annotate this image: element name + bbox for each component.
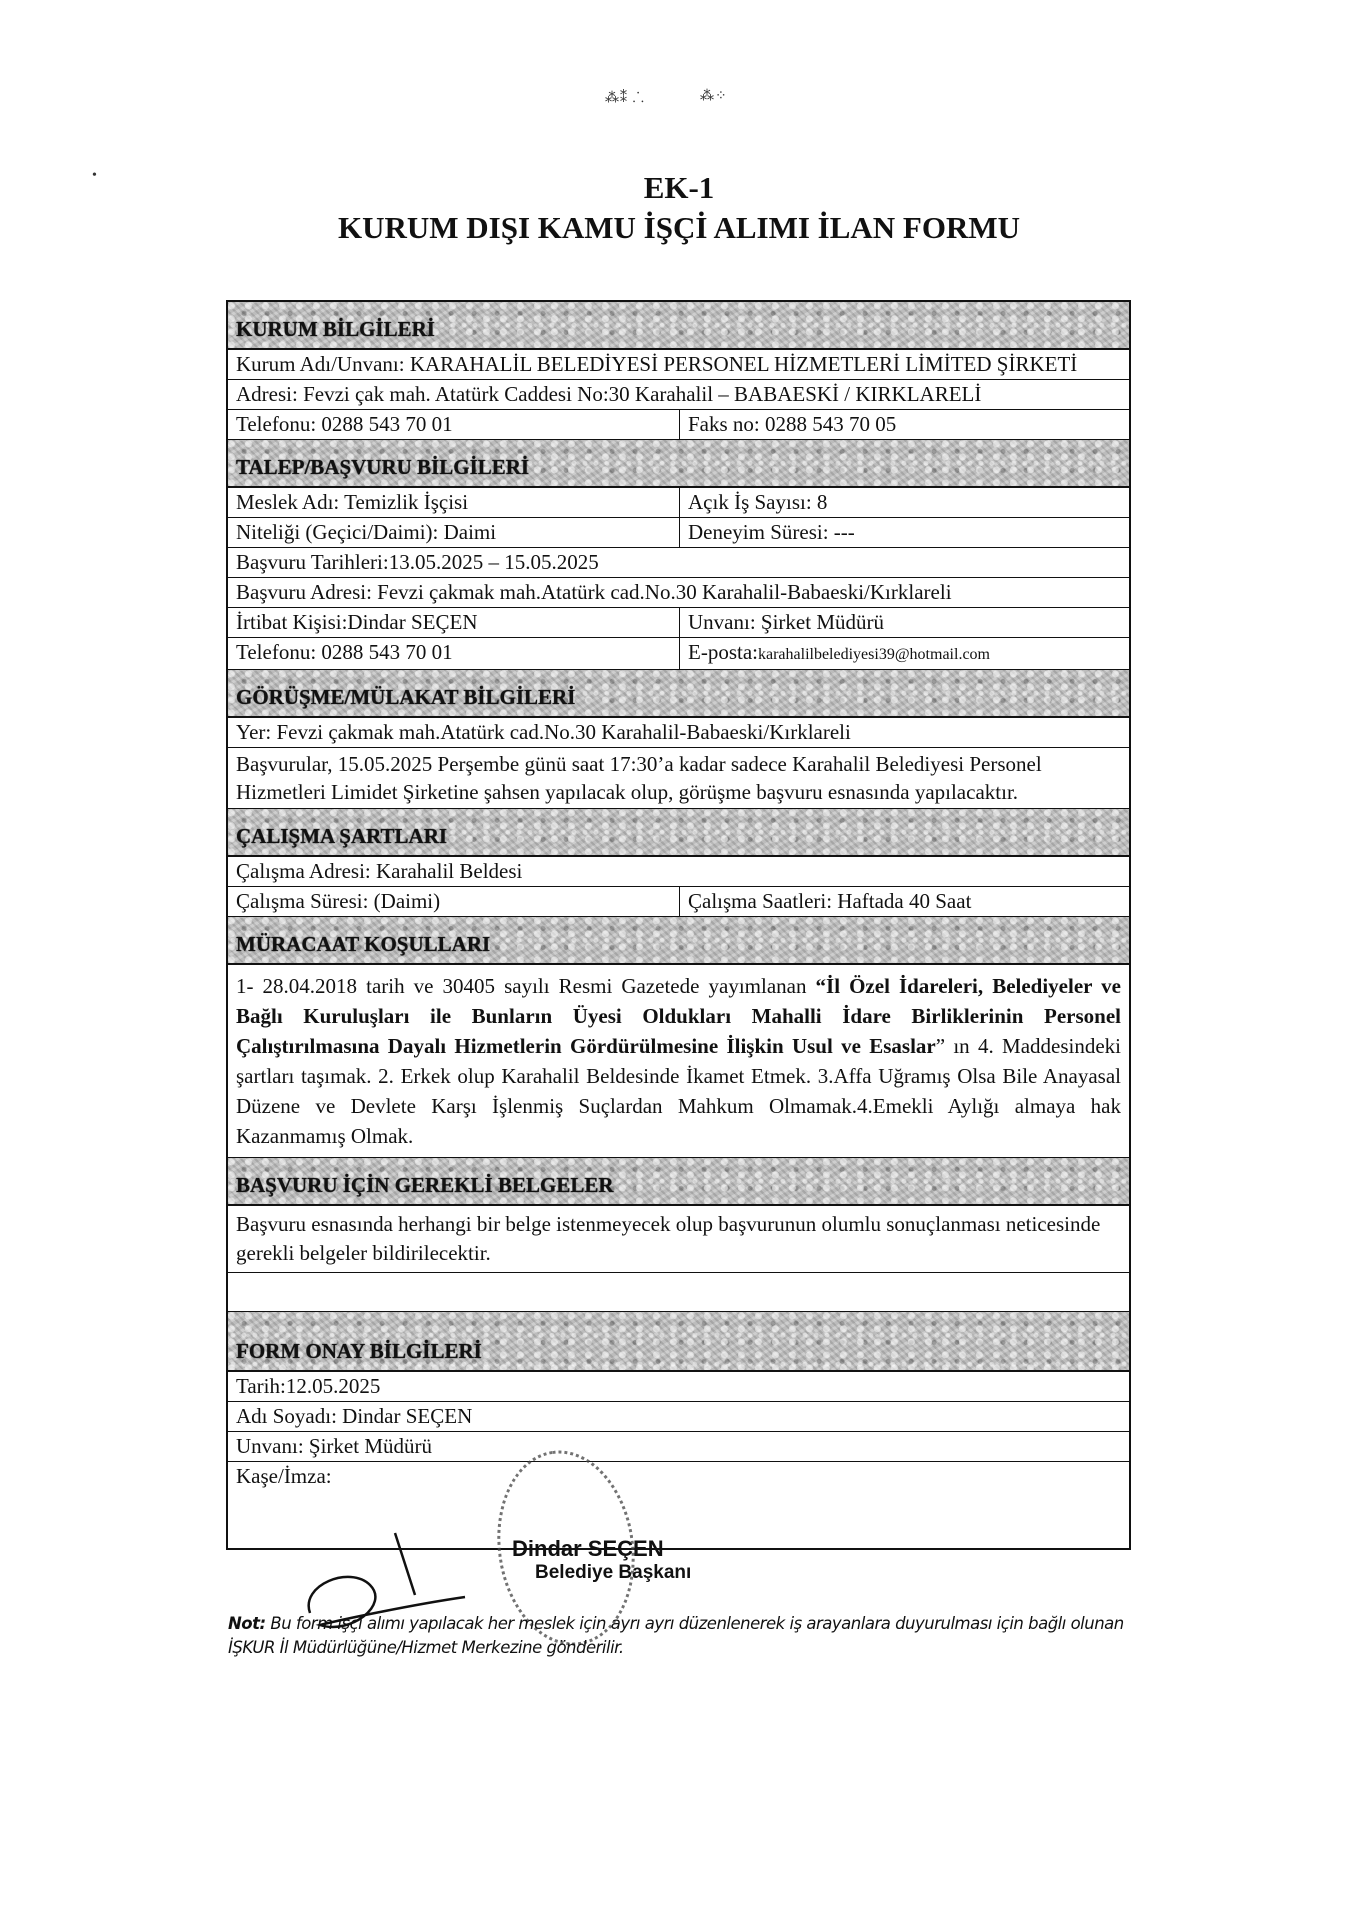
section-title: KURUM BİLGİLERİ (236, 317, 435, 342)
footnote-label: Not: (228, 1614, 266, 1633)
row-meslek: Meslek Adı: Temizlik İşçisi Açık İş Sayı… (228, 488, 1129, 518)
row-iletisim: Telefonu: 0288 543 70 01 E-posta:karahal… (228, 638, 1129, 670)
footnote: Not: Bu form işçi alımı yapılacak her me… (228, 1612, 1133, 1660)
employment-type-field: Niteliği (Geçici/Daimi): Daimi (228, 518, 680, 547)
open-positions-field: Açık İş Sayısı: 8 (680, 488, 1129, 517)
row-onay-tarih: Tarih:12.05.2025 (228, 1372, 1129, 1402)
section-header-gorusme: GÖRÜŞME/MÜLAKAT BİLGİLERİ (228, 670, 1129, 718)
contact-person-field: İrtibat Kişisi:Dindar SEÇEN (228, 608, 680, 637)
row-onay-unvan: Unvanı: Şirket Müdürü (228, 1432, 1129, 1462)
row-kurum-adres: Adresi: Fevzi çak mah. Atatürk Caddesi N… (228, 380, 1129, 410)
interview-location-field: Yer: Fevzi çakmak mah.Atatürk cad.No.30 … (228, 718, 1129, 747)
row-kurum-adi: Kurum Adı/Unvanı: KARAHALİL BELEDİYESİ P… (228, 350, 1129, 380)
approver-title-field: Unvanı: Şirket Müdürü (228, 1432, 1129, 1461)
section-header-muracaat: MÜRACAAT KOŞULLARI (228, 917, 1129, 965)
section-header-talep: TALEP/BAŞVURU BİLGİLERİ (228, 440, 1129, 488)
document-title: KURUM DIŞI KAMU İŞÇİ ALIMI İLAN FORMU (0, 210, 1358, 246)
interview-description: Başvurular, 15.05.2025 Perşembe günü saa… (228, 748, 1129, 808)
conditions-text-start: 1- 28.04.2018 tarih ve 30405 sayılı Resm… (236, 974, 816, 998)
experience-field: Deneyim Süresi: --- (680, 518, 1129, 547)
empty-cell (228, 1273, 1129, 1311)
application-address-field: Başvuru Adresi: Fevzi çakmak mah.Atatürk… (228, 578, 1129, 607)
email-label: E-posta: (688, 640, 758, 664)
section-title: MÜRACAAT KOŞULLARI (236, 932, 490, 957)
work-hours-field: Çalışma Saatleri: Haftada 40 Saat (680, 887, 1129, 916)
email-address: karahalilbelediyesi39@hotmail.com (758, 646, 990, 663)
announcement-form-table: KURUM BİLGİLERİ Kurum Adı/Unvanı: KARAHA… (226, 300, 1131, 1550)
kurum-address-field: Adresi: Fevzi çak mah. Atatürk Caddesi N… (228, 380, 1129, 409)
stamp-title: Belediye Başkanı (535, 1562, 691, 1584)
row-empty (228, 1273, 1129, 1312)
section-header-calisma: ÇALIŞMA ŞARTLARI (228, 809, 1129, 857)
kurum-name-field: Kurum Adı/Unvanı: KARAHALİL BELEDİYESİ P… (228, 350, 1129, 379)
approver-name-field: Adı Soyadı: Dindar SEÇEN (228, 1402, 1129, 1431)
work-address-field: Çalışma Adresi: Karahalil Beldesi (228, 857, 1129, 886)
section-title: TALEP/BAŞVURU BİLGİLERİ (236, 455, 529, 480)
stamp-name: Dindar SEÇEN (512, 1536, 664, 1562)
section-title: FORM ONAY BİLGİLERİ (236, 1339, 482, 1364)
approval-date-field: Tarih:12.05.2025 (228, 1372, 1129, 1401)
row-calisma-sure: Çalışma Süresi: (Daimi) Çalışma Saatleri… (228, 887, 1129, 917)
row-irtibat: İrtibat Kişisi:Dindar SEÇEN Unvanı: Şirk… (228, 608, 1129, 638)
document-code: EK-1 (0, 170, 1358, 206)
scan-artifact: ⁂⁘ (700, 88, 728, 105)
section-header-onay: FORM ONAY BİLGİLERİ (228, 1312, 1129, 1372)
row-calisma-adresi: Çalışma Adresi: Karahalil Beldesi (228, 857, 1129, 887)
section-title: ÇALIŞMA ŞARTLARI (236, 824, 447, 849)
row-nitelik: Niteliği (Geçici/Daimi): Daimi Deneyim S… (228, 518, 1129, 548)
required-documents-text: Başvuru esnasında herhangi bir belge ist… (228, 1206, 1129, 1272)
application-dates-field: Başvuru Tarihleri:13.05.2025 – 15.05.202… (228, 548, 1129, 577)
row-basvuru-adresi: Başvuru Adresi: Fevzi çakmak mah.Atatürk… (228, 578, 1129, 608)
section-title: GÖRÜŞME/MÜLAKAT BİLGİLERİ (236, 685, 575, 710)
occupation-field: Meslek Adı: Temizlik İşçisi (228, 488, 680, 517)
section-header-belgeler: BAŞVURU İÇİN GEREKLİ BELGELER (228, 1158, 1129, 1206)
contact-email-field: E-posta:karahalilbelediyesi39@hotmail.co… (680, 638, 1129, 669)
scan-artifact: ⁂⁑ ⸫ (605, 88, 645, 107)
row-onay-adi: Adı Soyadı: Dindar SEÇEN (228, 1402, 1129, 1432)
row-muracaat-kosullari: 1- 28.04.2018 tarih ve 30405 sayılı Resm… (228, 965, 1129, 1158)
contact-title-field: Unvanı: Şirket Müdürü (680, 608, 1129, 637)
row-gorusme-aciklama: Başvurular, 15.05.2025 Perşembe günü saa… (228, 748, 1129, 809)
work-duration-field: Çalışma Süresi: (Daimi) (228, 887, 680, 916)
application-conditions-text: 1- 28.04.2018 tarih ve 30405 sayılı Resm… (228, 965, 1129, 1157)
footnote-text: Bu form işçi alımı yapılacak her meslek … (228, 1614, 1124, 1657)
kurum-phone-field: Telefonu: 0288 543 70 01 (228, 410, 680, 439)
contact-phone-field: Telefonu: 0288 543 70 01 (228, 638, 680, 669)
section-header-kurum: KURUM BİLGİLERİ (228, 302, 1129, 350)
row-belgeler: Başvuru esnasında herhangi bir belge ist… (228, 1206, 1129, 1273)
row-kurum-telefon: Telefonu: 0288 543 70 01 Faks no: 0288 5… (228, 410, 1129, 440)
kurum-fax-field: Faks no: 0288 543 70 05 (680, 410, 1129, 439)
row-basvuru-tarihleri: Başvuru Tarihleri:13.05.2025 – 15.05.202… (228, 548, 1129, 578)
section-title: BAŞVURU İÇİN GEREKLİ BELGELER (236, 1173, 614, 1198)
row-gorusme-yer: Yer: Fevzi çakmak mah.Atatürk cad.No.30 … (228, 718, 1129, 748)
